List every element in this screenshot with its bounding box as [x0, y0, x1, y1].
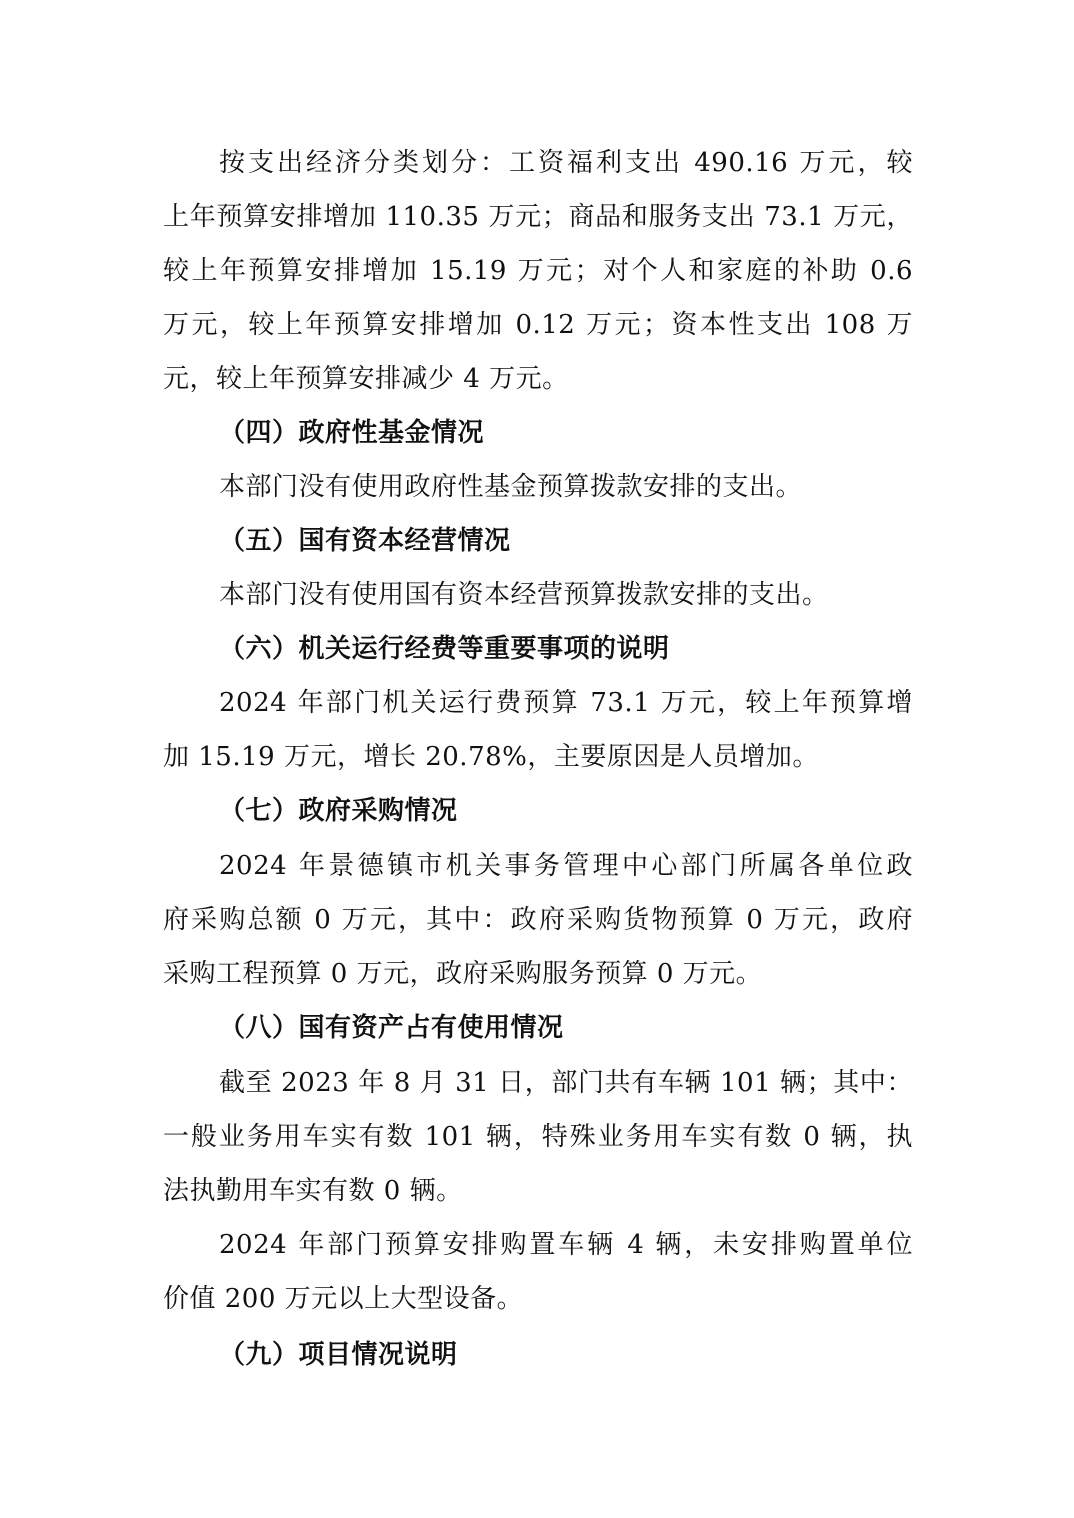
paragraph-line: 万元，较上年预算安排增加 0.12 万元；资本性支出 108 万	[163, 298, 913, 352]
paragraph-line: 采购工程预算 0 万元，政府采购服务预算 0 万元。	[163, 947, 762, 1001]
paragraph-line: 府采购总额 0 万元，其中：政府采购货物预算 0 万元，政府	[163, 893, 913, 947]
paragraph-line: 一般业务用车实有数 101 辆，特殊业务用车实有数 0 辆，执	[163, 1110, 913, 1164]
paragraph-line: 按支出经济分类划分：工资福利支出 490.16 万元，较	[219, 136, 913, 190]
section-5-body: 本部门没有使用国有资本经营预算拨款安排的支出。	[219, 568, 829, 622]
paragraph-line: 价值 200 万元以上大型设备。	[163, 1272, 523, 1326]
section-heading-4: （四）政府性基金情况	[219, 406, 484, 460]
paragraph-line: 法执勤用车实有数 0 辆。	[163, 1164, 463, 1218]
section-heading-6: （六）机关运行经费等重要事项的说明	[219, 622, 670, 676]
section-heading-5: （五）国有资本经营情况	[219, 514, 511, 568]
section-heading-8: （八）国有资产占有使用情况	[219, 1001, 564, 1055]
paragraph-line: 元，较上年预算安排减少 4 万元。	[163, 352, 569, 406]
section-4-body: 本部门没有使用政府性基金预算拨款安排的支出。	[219, 460, 802, 514]
paragraph-line: 加 15.19 万元，增长 20.78%，主要原因是人员增加。	[163, 730, 819, 784]
paragraph-line: 较上年预算安排增加 15.19 万元；对个人和家庭的补助 0.6	[163, 244, 913, 298]
section-heading-9: （九）项目情况说明	[219, 1328, 458, 1382]
section-heading-7: （七）政府采购情况	[219, 784, 458, 838]
paragraph-line: 2024 年部门预算安排购置车辆 4 辆，未安排购置单位	[219, 1218, 913, 1272]
paragraph-line: 截至 2023 年 8 月 31 日，部门共有车辆 101 辆；其中：	[219, 1056, 913, 1110]
paragraph-line: 2024 年部门机关运行费预算 73.1 万元，较上年预算增	[219, 676, 913, 730]
paragraph-line: 2024 年景德镇市机关事务管理中心部门所属各单位政	[219, 839, 913, 893]
paragraph-line: 上年预算安排增加 110.35 万元；商品和服务支出 73.1 万元，	[163, 190, 913, 244]
